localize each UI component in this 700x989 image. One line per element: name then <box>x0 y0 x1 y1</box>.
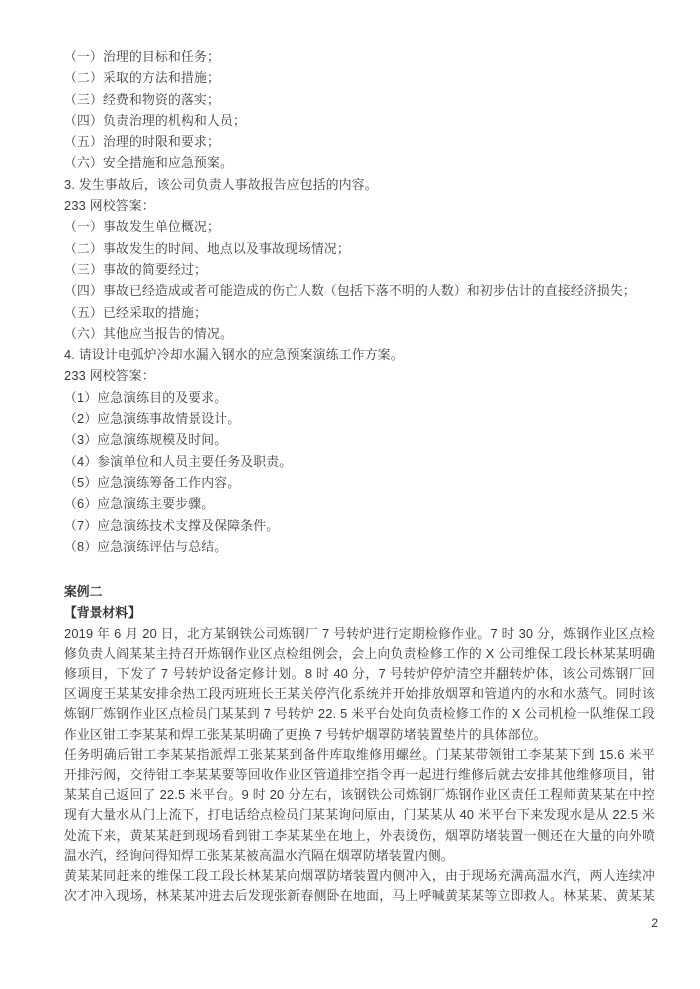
question-4-line: 4. 请设计电弧炉冷却水漏入钢水的应急预案演练工作方案。 <box>64 344 655 365</box>
list-item-line: （一）事故发生单位概况； <box>64 216 655 237</box>
list-item-line: （5）应急演练筹备工作内容。 <box>64 472 655 493</box>
background-material-heading: 【背景材料】 <box>64 602 655 623</box>
paragraph-line: 修项目，下发了 7 号转炉设备定修计划。8 时 40 分，7 号转炉停炉清空并翻… <box>64 664 655 684</box>
question-3-line: 3. 发生事故后，该公司负责人事故报告应包括的内容。 <box>64 174 655 195</box>
list-item-line: （五）已经采取的措施； <box>64 302 655 323</box>
paragraph-line: 黄某某同赶来的维保工段工段长林某某向烟罩防堵装置内侧冲入，由于现场充满高温水汽，… <box>64 866 655 886</box>
list-item-line: （六）安全措施和应急预案。 <box>64 152 655 173</box>
list-item-line: （二）事故发生的时间、地点以及事故现场情况； <box>64 238 655 259</box>
document-page: （一）治理的目标和任务； （二）采取的方法和措施； （三）经费和物资的落实； （… <box>0 0 700 989</box>
paragraph-line: 任务明确后钳工李某某指派焊工张某某到备件库取维修用螺丝。门某某带领钳工李某某下到… <box>64 745 655 765</box>
list-item-line: （四）事故已经造成或者可能造成的伤亡人数（包括下落不明的人数）和初步估计的直接经… <box>64 280 655 301</box>
document-content: （一）治理的目标和任务； （二）采取的方法和措施； （三）经费和物资的落实； （… <box>64 46 655 906</box>
paragraph-line: 修负责人阎某某主持召开炼钢作业区点检组例会，会上向负责检修工作的 X 公司维保工… <box>64 644 655 664</box>
paragraph-line: 处流下来，黄某某赶到现场看到钳工李某某坐在地上，外表烫伤，烟罩防堵装置一侧还在大… <box>64 826 655 846</box>
list-item-line: （一）治理的目标和任务； <box>64 46 655 67</box>
paragraph-line: 炼钢厂炼钢作业区点检员门某某到 7 号转炉 22. 5 米平台处向负责检修工作的… <box>64 704 655 724</box>
list-item-line: （2）应急演练事故情景设计。 <box>64 408 655 429</box>
list-item-line: （7）应急演练技术支撑及保障条件。 <box>64 515 655 536</box>
list-item-line: （6）应急演练主要步骤。 <box>64 493 655 514</box>
list-item-line: （六）其他应当报告的情况。 <box>64 323 655 344</box>
case-two-heading: 案例二 <box>64 581 655 602</box>
list-item-line: （3）应急演练规模及时间。 <box>64 429 655 450</box>
answer-label: 233 网校答案： <box>64 365 655 386</box>
list-item-line: （8）应急演练评估与总结。 <box>64 536 655 557</box>
answer-label: 233 网校答案： <box>64 195 655 216</box>
paragraph-line: 某某自己返回了 22.5 米平台。9 时 20 分左右，该钢铁公司炼钢厂炼钢作业… <box>64 785 655 805</box>
list-item-line: （四）负责治理的机构和人员； <box>64 110 655 131</box>
paragraph-line: 2019 年 6 月 20 日，北方某钢铁公司炼钢厂 7 号转炉进行定期检修作业… <box>64 624 655 644</box>
paragraph-line: 次才冲入现场，林某某冲进去后发现张新春侧卧在地面，马上呼喊黄某某等立即救人。林某… <box>64 886 655 906</box>
paragraph-line: 现有大量水从门上流下，打电话给点检员门某某询问原由，门某某从 40 米平台下来发… <box>64 805 655 825</box>
page-number: 2 <box>651 916 658 931</box>
list-item-line: （4）参演单位和人员主要任务及职责。 <box>64 451 655 472</box>
paragraph-line: 作业区钳工李某某和焊工张某某明确了更换 7 号转炉烟罩防堵装置垫片的具体部位。 <box>64 725 655 745</box>
blank-line <box>64 557 655 581</box>
paragraph-line: 区调度王某某安排余热工段丙班班长王某关停汽化系统并开始排放烟罩和管道内的水和水蒸… <box>64 684 655 704</box>
paragraph-line: 温水汽，经询问得知焊工张某某被高温水汽隔在烟罩防堵装置内侧。 <box>64 846 655 866</box>
list-item-line: （三）经费和物资的落实； <box>64 89 655 110</box>
list-item-line: （1）应急演练目的及要求。 <box>64 387 655 408</box>
list-item-line: （二）采取的方法和措施； <box>64 67 655 88</box>
paragraph-line: 开排污阀，交待钳工李某某要等回收作业区管道排空指令再一起进行维修后就去安排其他维… <box>64 765 655 785</box>
list-item-line: （三）事故的简要经过； <box>64 259 655 280</box>
list-item-line: （五）治理的时限和要求； <box>64 131 655 152</box>
